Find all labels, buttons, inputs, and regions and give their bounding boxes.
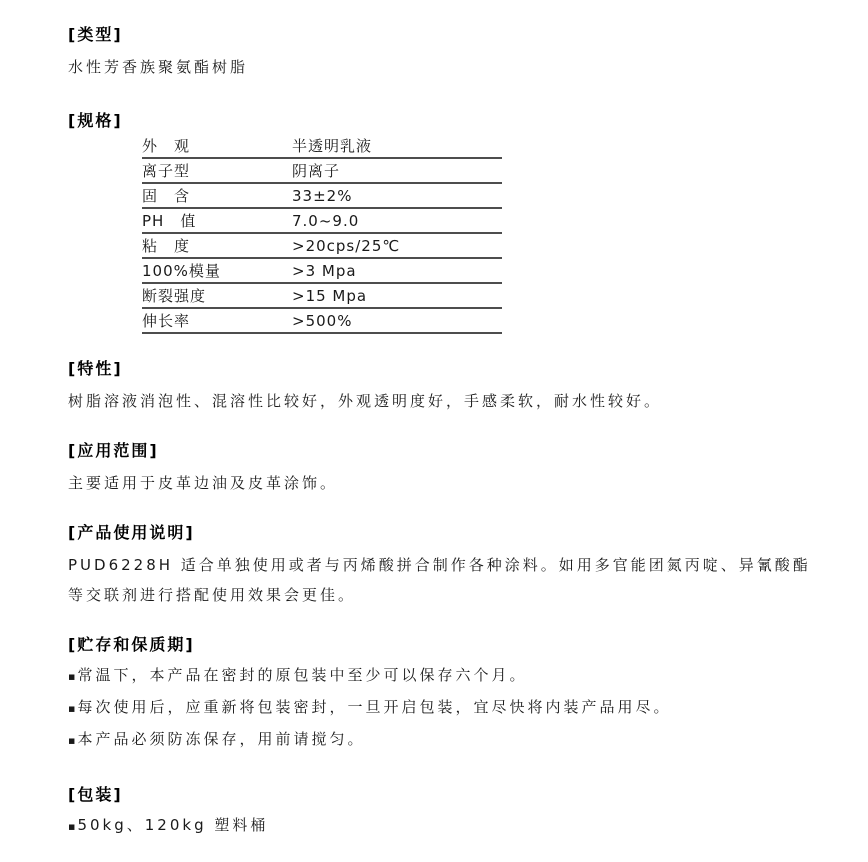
section-type-body: 水性芳香族聚氨酯树脂 [68, 52, 828, 82]
list-item-text: 本产品必须防冻保存，用前请搅匀。 [77, 724, 365, 754]
spec-value: 7.0~9.0 [292, 212, 502, 230]
list-item: ▪ 每次使用后，应重新将包装密封，一旦开启包装，宜尽快将内装产品用尽。 [68, 692, 828, 724]
bullet-icon: ▪ [68, 726, 75, 756]
bullet-icon: ▪ [68, 812, 75, 842]
spec-row-elongation: 伸长率 >500% [142, 309, 502, 334]
spec-value: >15 Mpa [292, 287, 502, 305]
spec-row-break-strength: 断裂强度 >15 Mpa [142, 284, 502, 309]
spec-table: 外 观 半透明乳液 离子型 阴离子 固 含 33±2% PH 值 7.0~9.0… [142, 134, 502, 334]
section-usage-body: PUD6228H 适合单独使用或者与丙烯酸拼合制作各种涂料。如用多官能团氮丙啶、… [68, 550, 828, 610]
section-features-heading: [特性] [68, 358, 828, 380]
spec-label: 固 含 [142, 185, 292, 206]
spec-value: 33±2% [292, 187, 502, 205]
section-features-body: 树脂溶液消泡性、混溶性比较好，外观透明度好，手感柔软，耐水性较好。 [68, 386, 828, 416]
bullet-icon: ▪ [68, 662, 75, 692]
section-application-body: 主要适用于皮革边油及皮革涂饰。 [68, 468, 828, 498]
list-item-text: 每次使用后，应重新将包装密封，一旦开启包装，宜尽快将内装产品用尽。 [77, 692, 671, 722]
section-type-heading: [类型] [68, 24, 828, 46]
spec-row-appearance: 外 观 半透明乳液 [142, 134, 502, 159]
spec-label: 伸长率 [142, 310, 292, 331]
spec-value: >500% [292, 312, 502, 330]
packaging-list: ▪ 50kg、120kg 塑料桶 [68, 810, 828, 842]
spec-label: 粘 度 [142, 235, 292, 256]
section-storage-heading: [贮存和保质期] [68, 634, 828, 656]
section-application-heading: [应用范围] [68, 440, 828, 462]
spec-label: 外 观 [142, 135, 292, 156]
bullet-icon: ▪ [68, 694, 75, 724]
spec-label: 100%模量 [142, 260, 292, 281]
spec-row-ph: PH 值 7.0~9.0 [142, 209, 502, 234]
section-packaging-heading: [包装] [68, 784, 828, 806]
spec-row-viscosity: 粘 度 >20cps/25℃ [142, 234, 502, 259]
spec-row-modulus: 100%模量 >3 Mpa [142, 259, 502, 284]
storage-list: ▪ 常温下，本产品在密封的原包装中至少可以保存六个月。 ▪ 每次使用后，应重新将… [68, 660, 828, 756]
spec-value: >20cps/25℃ [292, 237, 502, 255]
spec-row-ion-type: 离子型 阴离子 [142, 159, 502, 184]
list-item: ▪ 常温下，本产品在密封的原包装中至少可以保存六个月。 [68, 660, 828, 692]
spec-row-solid-content: 固 含 33±2% [142, 184, 502, 209]
spec-value: 阴离子 [292, 160, 502, 181]
spec-label: 断裂强度 [142, 285, 292, 306]
list-item-text: 常温下，本产品在密封的原包装中至少可以保存六个月。 [77, 660, 527, 690]
spec-label: PH 值 [142, 210, 292, 231]
section-usage-heading: [产品使用说明] [68, 522, 828, 544]
spec-value: 半透明乳液 [292, 135, 502, 156]
section-spec-heading: [规格] [68, 110, 828, 132]
spec-label: 离子型 [142, 160, 292, 181]
spec-value: >3 Mpa [292, 262, 502, 280]
list-item: ▪ 50kg、120kg 塑料桶 [68, 810, 828, 842]
list-item-text: 50kg、120kg 塑料桶 [77, 810, 268, 840]
list-item: ▪ 本产品必须防冻保存，用前请搅匀。 [68, 724, 828, 756]
document-page: [类型] 水性芳香族聚氨酯树脂 [规格] 外 观 半透明乳液 离子型 阴离子 固… [0, 0, 868, 862]
